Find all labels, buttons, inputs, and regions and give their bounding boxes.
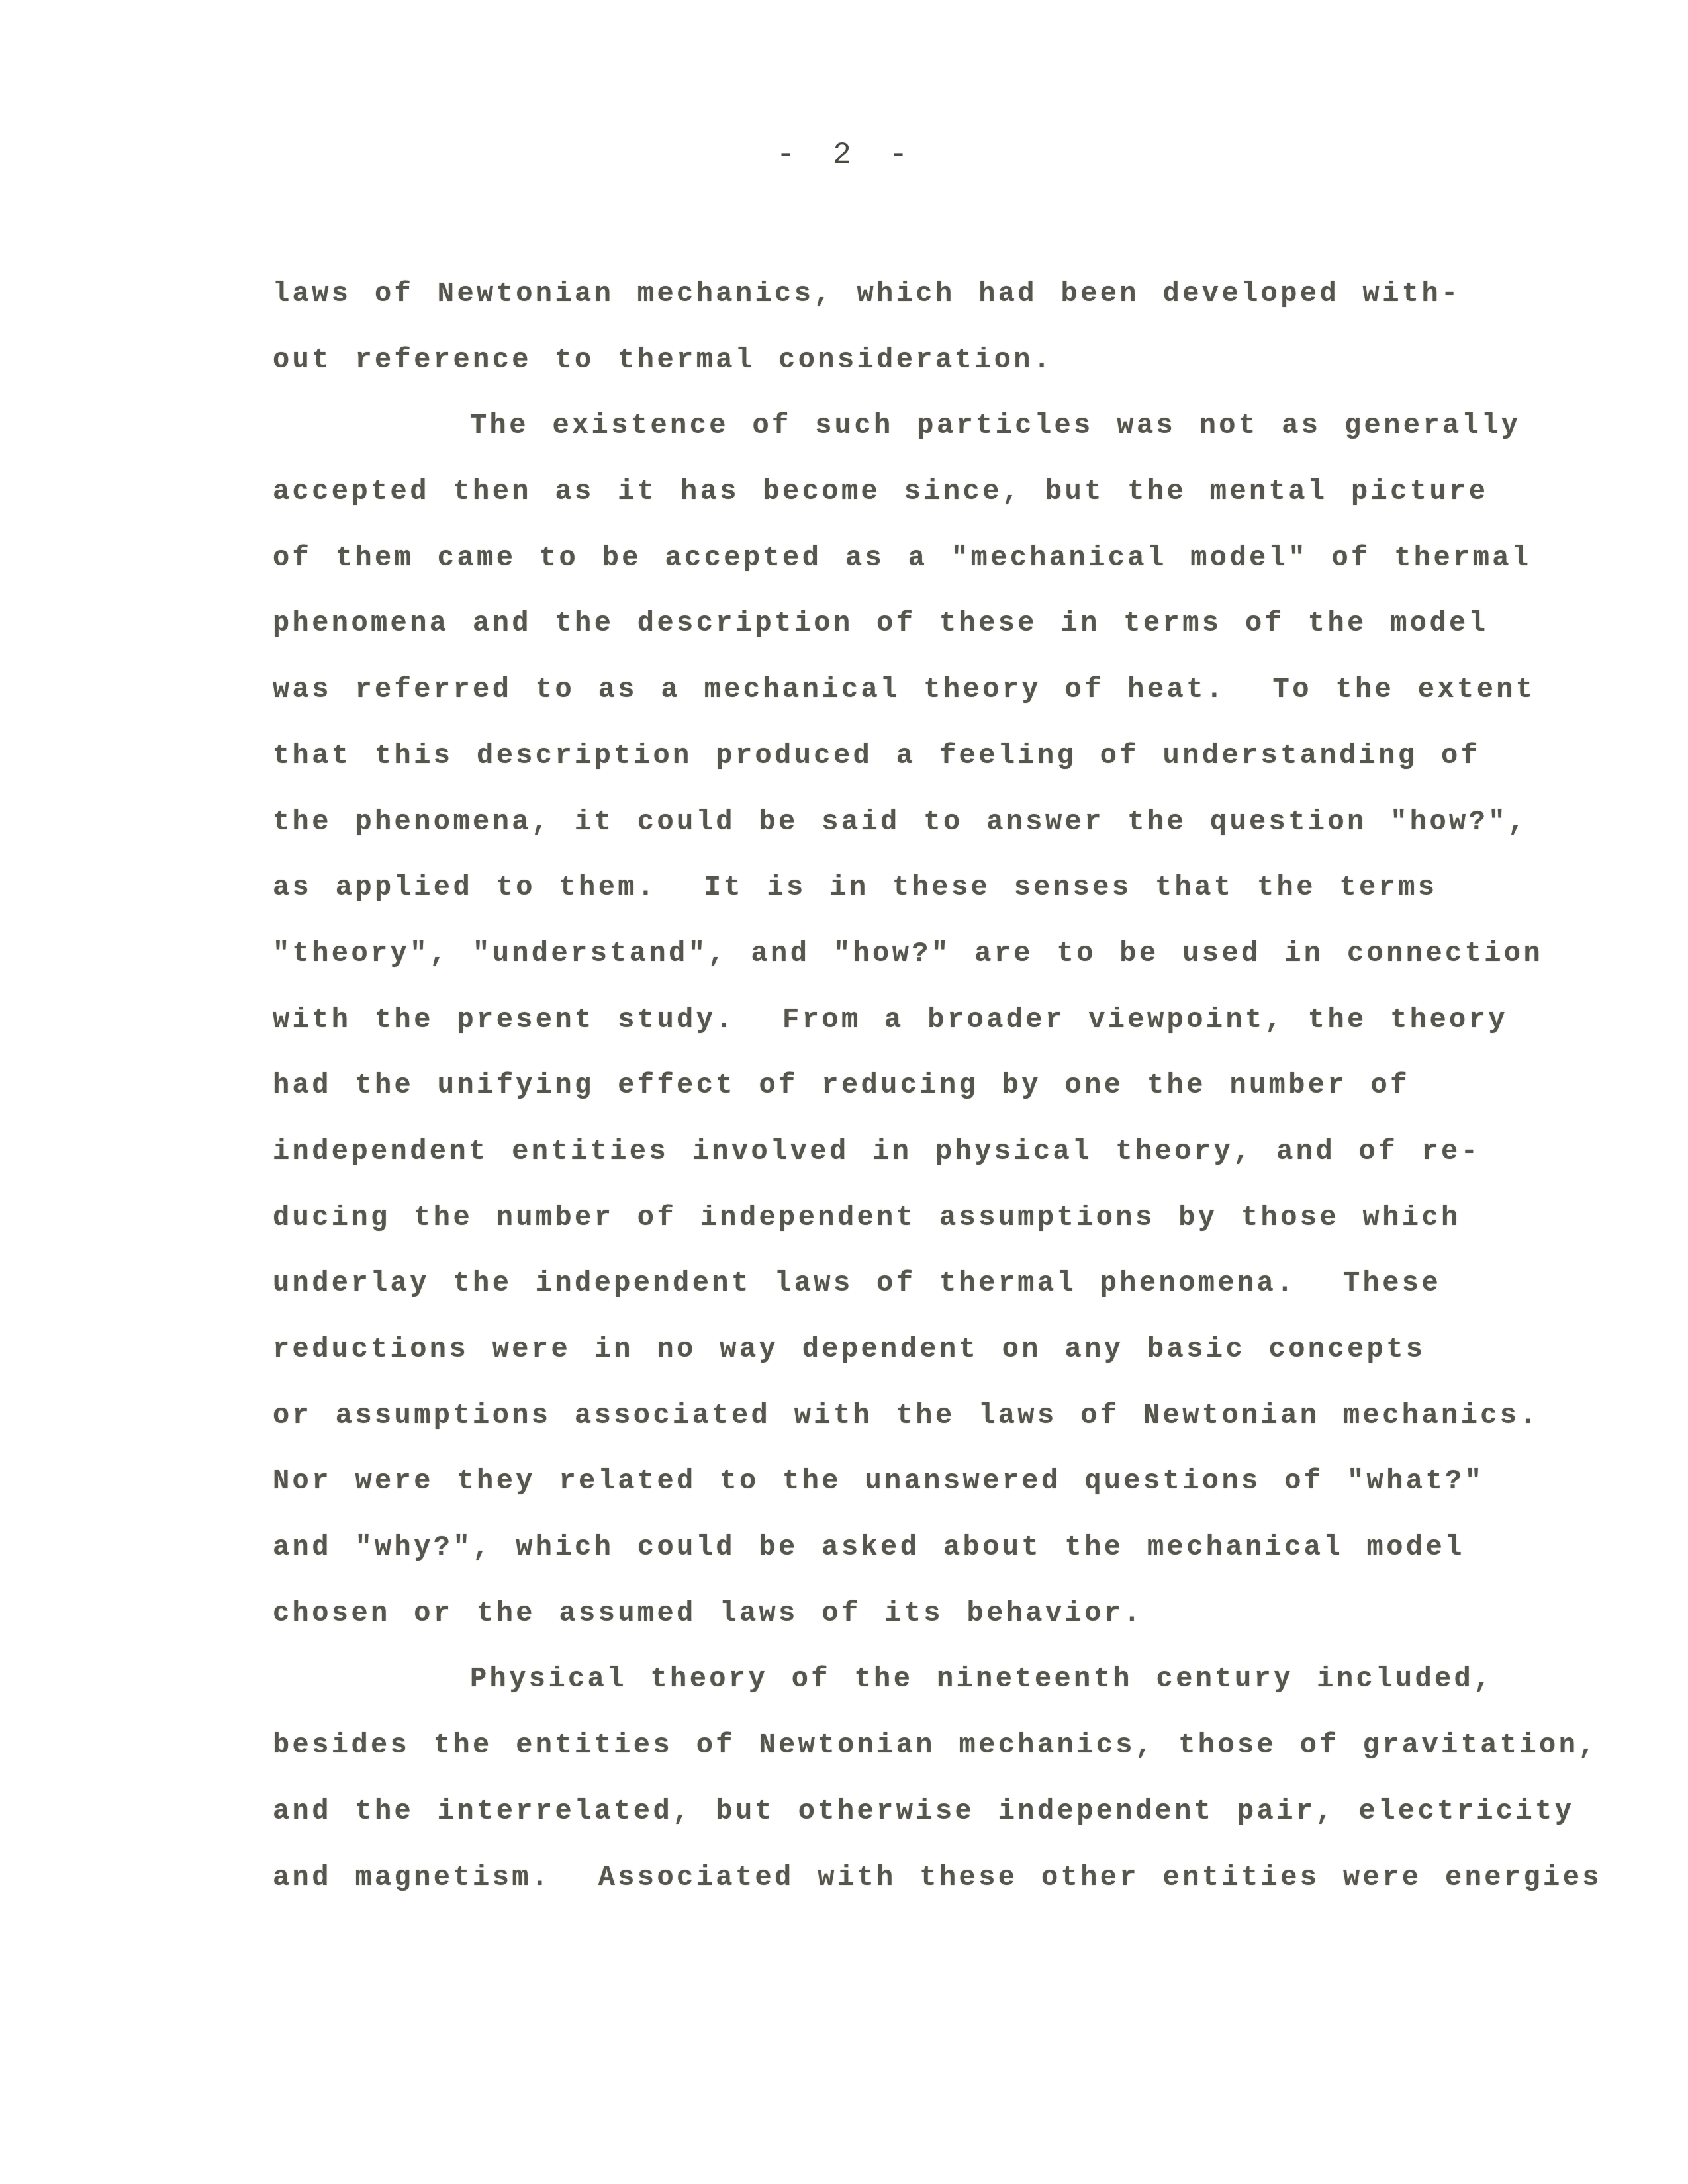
text-line: as applied to them. It is in these sense… [273, 861, 1597, 927]
text-line: phenomena and the description of these i… [273, 597, 1597, 663]
text-line: ducing the number of independent assumpt… [273, 1191, 1597, 1257]
text-line: Nor were they related to the unanswered … [273, 1455, 1597, 1521]
text-line: and "why?", which could be asked about t… [273, 1521, 1597, 1587]
text-line: with the present study. From a broader v… [273, 993, 1597, 1060]
text-line: accepted then as it has become since, bu… [273, 465, 1597, 531]
text-line: "theory", "understand", and "how?" are t… [273, 927, 1597, 993]
text-line: besides the entities of Newtonian mechan… [273, 1719, 1597, 1785]
page-number: - 2 - [0, 138, 1688, 172]
text-line: underlay the independent laws of thermal… [273, 1257, 1597, 1323]
text-line: independent entities involved in physica… [273, 1125, 1597, 1191]
paragraph-first-line: The existence of such particles was not … [273, 399, 1597, 465]
text-line: laws of Newtonian mechanics, which had b… [273, 267, 1597, 334]
text-line: that this description produced a feeling… [273, 729, 1597, 796]
text-line: chosen or the assumed laws of its behavi… [273, 1587, 1597, 1653]
body-text: laws of Newtonian mechanics, which had b… [273, 267, 1597, 1917]
text-line: of them came to be accepted as a "mechan… [273, 531, 1597, 598]
text-line: was referred to as a mechanical theory o… [273, 663, 1597, 729]
document-page: - 2 - laws of Newtonian mechanics, which… [0, 0, 1688, 2184]
text-line: had the unifying effect of reducing by o… [273, 1059, 1597, 1125]
text-line: and magnetism. Associated with these oth… [273, 1851, 1597, 1917]
text-line: and the interrelated, but otherwise inde… [273, 1785, 1597, 1851]
text-line: out reference to thermal consideration. [273, 334, 1597, 400]
paragraph-first-line: Physical theory of the nineteenth centur… [273, 1653, 1597, 1719]
text-line: the phenomena, it could be said to answe… [273, 796, 1597, 862]
text-line: reductions were in no way dependent on a… [273, 1323, 1597, 1389]
text-line: or assumptions associated with the laws … [273, 1389, 1597, 1455]
